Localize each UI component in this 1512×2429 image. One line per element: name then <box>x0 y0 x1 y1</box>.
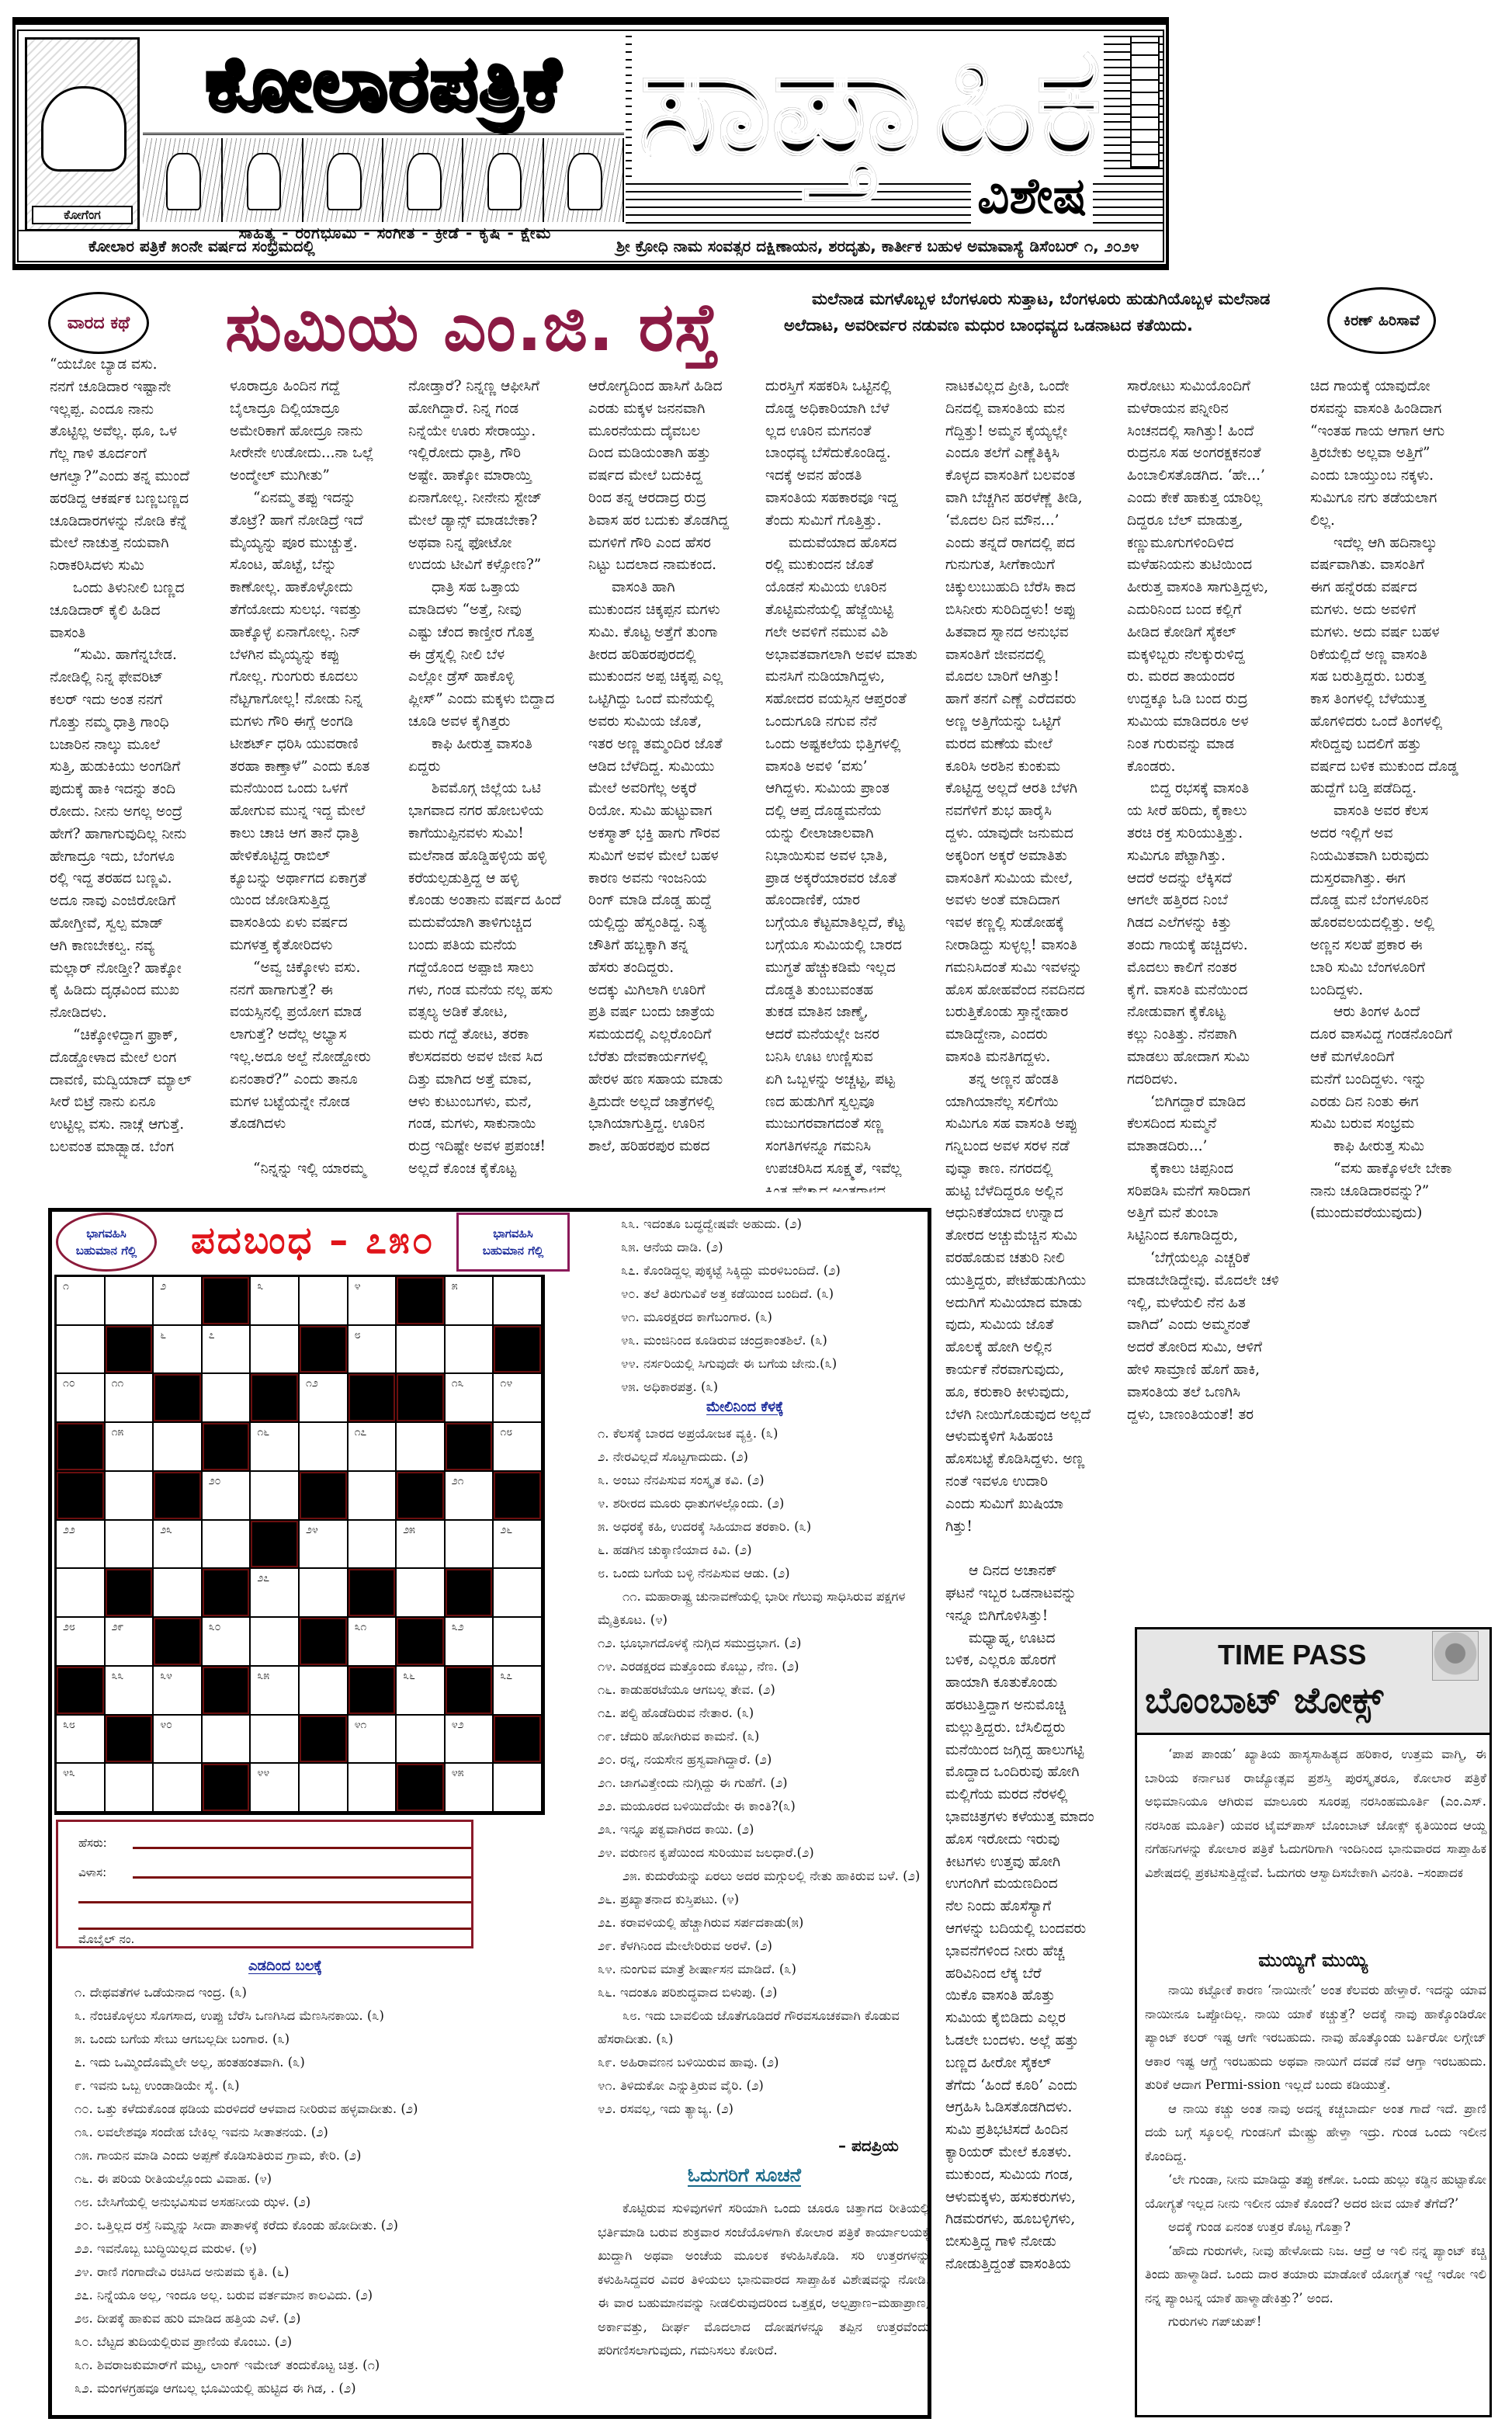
story-line: ಬೆಳಗಿ ನೀಯಿಗೊಡುವುದ ಅಲ್ಲದೆ <box>945 1404 1116 1427</box>
joke-paragraph: ‘ಲೇ ಗುಂಡಾ, ನೀನು ಮಾಡಿದ್ದು ತಪ್ಪು ಕಣೋ. ಒಂದು… <box>1145 2168 1486 2216</box>
grid-cell[interactable]: ೨೯ <box>106 1618 154 1667</box>
story-line: ಗುನುಗುತ, ಸೀಗೆಕಾಯಿಗೆ <box>945 554 1116 577</box>
grid-block <box>106 1716 154 1764</box>
football-icon <box>544 138 624 222</box>
grid-cell[interactable]: ೩೫ <box>251 1667 300 1716</box>
story-line: ಯುತ್ತಿದ್ದರು, ಪೇಟೆಹುಡುಗಿಯು <box>945 1270 1116 1293</box>
story-line: ಟೀಶರ್ಟ್ ಧರಿಸಿ ಯುವರಾಣಿ <box>230 734 399 756</box>
story-line: ಚೌತಿಗೆ ಹಬ್ಬಕ್ಕಾಗಿ ತನ್ನ <box>588 935 758 957</box>
down-clues: ೧. ಕೆಲಸಕ್ಕೆ ಬಾರದ ಅಪ್ರಯೋಜಕ ವ್ಯಕ್ತಿ. (೩)೨.… <box>598 1422 930 2121</box>
grid-block <box>203 1277 251 1326</box>
crossword-grid[interactable]: ೧೨೩೪೫೬೭೮೧೦೧೧೧೨೧೩೧೪೧೫೧೬೧೭೧೮೨೦೨೧೨೨೨೩೨೪೨೫೨೬… <box>54 1275 545 1815</box>
story-line: ದ್ದಳು, ಬಾಣಂತಿಯಂತೆ! ತರ <box>1127 1404 1302 1427</box>
badge-line-1: ಭಾಗವಹಿಸಿ <box>493 1225 533 1242</box>
story-line: ಗಮನಿಸಿದಂತೆ ಸುಮಿ ಇವಳನ್ನು <box>945 957 1116 980</box>
story-line: ಧಾತ್ರಿ ಸಹ ಒತ್ತಾಯ <box>408 577 577 599</box>
story-line: ಇಲ್ಲಿರೋದು ಧಾತ್ರಿ, ಗೌರಿ <box>408 442 577 465</box>
clue-number: ೧೨ <box>306 1377 318 1390</box>
story-line: ನೆಲ ನಿಂದು ಹೊಸೆಸ್ಯಾಗೆ <box>945 1896 1116 1918</box>
name-field[interactable]: ಹೆಸರು: <box>78 1836 107 1850</box>
grid-cell[interactable]: ೫ <box>446 1277 494 1326</box>
story-line: ಯಿಂದ ಜೋಡಿಸುತ್ತಿದ್ದ <box>230 890 399 912</box>
story-line: ಘಟನೆ ಇಬ್ಬರ ಒಡನಾಟವನ್ನು <box>945 1583 1116 1605</box>
grid-block <box>494 1716 543 1764</box>
story-line: ತಂದು ಗಾಯಕ್ಕೆ ಹಚ್ಚಿದಳು. <box>1127 935 1302 957</box>
story-line: ಕಾಸ ತಿಂಗಳಲ್ಲಿ ಬೆಳೆಯುತ್ತ <box>1310 689 1486 711</box>
grid-cell[interactable]: ೨೦ <box>203 1472 251 1521</box>
story-line: ಸಹೋದರ ವಯಸ್ಸಿನ ಆಪ್ತರಂತೆ <box>765 689 928 711</box>
address-field[interactable]: ವಿಳಾಸ: <box>78 1865 106 1879</box>
clue-number: ೬ <box>160 1329 166 1341</box>
grid-cell[interactable]: ೧೩ <box>446 1374 494 1423</box>
story-line: ಲ್ಲದ ಊರಿನ ಮಗನಂತೆ <box>765 421 928 443</box>
timepass-header: TIME PASS ಬೊಂಬಾಟ್ ಜೋಕ್ಸ್ <box>1137 1629 1489 1735</box>
story-line: ಹೊಸ ಹೋಹವೆಂದ ನವದಿನದ <box>945 980 1116 1002</box>
story-line: ಹಿಂಬಾಲಿಸತೊಡಗಿದ. ‘ಹೇ...’ <box>1127 465 1302 488</box>
clue-item: ೨೭. ಕರಾವಳಿಯಲ್ಲಿ ಹೆಚ್ಚಾಗಿರುವ ಸರ್ಪದಕಾಡು(೫) <box>598 1911 930 1935</box>
story-line: ಎರಡು ಮಕ್ಕಳ ಜನನವಾಗಿ <box>588 398 758 421</box>
badge-line-2: ಬಹುಮಾನ ಗೆಲ್ಲಿ <box>483 1242 544 1259</box>
grid-cell[interactable]: ೧೫ <box>106 1423 154 1472</box>
grid-cell[interactable] <box>203 1521 251 1570</box>
grid-cell[interactable] <box>251 1618 300 1667</box>
clue-number: ೩ <box>257 1280 263 1293</box>
clue-number: ೧೫ <box>112 1426 124 1438</box>
story-line: ತರಚಿ ರಕ್ತ ಸುರಿಯುತ್ತಿತ್ತು. <box>1127 823 1302 845</box>
grid-cell[interactable]: ೪೩ <box>57 1764 106 1813</box>
grid-cell[interactable]: ೨೨ <box>57 1521 106 1570</box>
grid-cell[interactable]: ೧೧ <box>106 1374 154 1423</box>
story-line: ಹೋಗ್ತೀವೆ, ಸ್ವಲ್ಪ ಮಾಡ್ <box>50 913 219 935</box>
grid-cell[interactable] <box>251 1472 300 1521</box>
address-line-2[interactable] <box>78 1901 471 1903</box>
story-line: ಹೇರಳ ಹಣ ಸಹಾಯ ಮಾಡು <box>588 1069 758 1091</box>
story-line: ಅವರು ಸುಮಿಯ ಜೊತೆ, <box>588 711 758 734</box>
theatre-masks-icon <box>223 138 303 222</box>
participate-badge-oval: ಭಾಗವಹಿಸಿ ಬಹುಮಾನ ಗೆಲ್ಲಿ <box>56 1213 157 1272</box>
story-line: ಸರಿಪಡಿಸಿ ಮನೆಗೆ ಸಾರಿದಾಗ <box>1127 1181 1302 1203</box>
story-line: ಮಗಳಿಗೆ ಗೌರಿ ಎಂದ ಹೆಸರ <box>588 533 758 555</box>
anniversary-text: ಕೋಲಾರ ಪತ್ರಿಕೆ ೫೦ನೇ ವರ್ಷದ ಸಂಭ್ರಮದಲ್ಲಿ <box>88 237 492 255</box>
story-line: ದ್ದಳು. ಯಾವುದೇ ಜನುಮದ <box>945 823 1116 845</box>
story-line: ಹೆಸರು ತಂದಿದ್ದರು. <box>588 957 758 980</box>
grid-cell[interactable] <box>154 1423 203 1472</box>
grid-block <box>349 1569 397 1618</box>
story-line: ಬರುತ್ತಿಕೊಂಡು ಸ್ತಾನ್ನೇಹಾರ <box>945 1001 1116 1024</box>
grid-block <box>494 1472 543 1521</box>
story-line: ಸೀರೆ ಬಿಟ್ರೆ ನಾನು ಏನೂ <box>50 1091 219 1114</box>
story-line: ಬಂದು ಪತಿಯ ಮನೆಯ <box>408 935 577 957</box>
story-line: ದೊಡ್ಡೋಳಾದ ಮೇಲೆ ಲಂಗ <box>50 1047 219 1070</box>
story-line: ಹೇಳಿಕೊಟ್ಟಿದ್ದ ರಾಬಿಲ್ <box>230 845 399 868</box>
clue-item: ೪೦. ತಲೆ ತಿರುಗುವಿಕೆ ಅತ್ತ ಕಡೆಯಿಂದ ಬಂದಿದೆ. … <box>621 1282 924 1306</box>
address-line-3[interactable] <box>78 1928 471 1930</box>
story-line: ತೊಡಗಿದಳು <box>230 1113 399 1136</box>
supplement-title-block: ಸಾಪ್ತಾಹಿಕ ವಿಶೇಷ <box>626 33 1163 230</box>
story-line: ಗೊತ್ತು ನಮ್ಮ ಧಾತ್ರಿ ಗಾಂಧಿ <box>50 712 219 734</box>
supplement-subtitle: ವಿಶೇಷ <box>971 167 1093 225</box>
grid-cell[interactable]: ೨೬ <box>494 1521 543 1570</box>
grid-cell[interactable] <box>251 1326 300 1375</box>
clue-item: ೨೪. ರಾಣಿ ಗಂಗಾದೇವಿ ರಚಿಸಿದ ಅನುಪಮ ಕೃತಿ. (೬) <box>75 2261 540 2284</box>
story-line: ಮಳೆಹನಿಯನು ತುಟಿಯಿಂದ <box>1127 554 1302 577</box>
story-line: ನಿಯಮಿತವಾಗಿ ಬರುವುದು <box>1310 845 1486 868</box>
clue-item: ೪೧. ಮೂರಕ್ಷರದ ಕಾಗೆಬಂಗಾರ. (೩) <box>621 1306 924 1329</box>
story-line: ಯಾಗಿಯಾನೆಲ್ಲ ಸಲಿಗೆಯಿ <box>945 1091 1116 1114</box>
grid-cell[interactable]: ೪ <box>349 1277 397 1326</box>
story-line: ಕೊಟ್ಟಿದ್ದ ಅಲ್ಲದೆ ಆರತಿ ಬೆಳಗಿ <box>945 778 1116 800</box>
story-line: ಅದೂ ನಾವು ಎಂಜಿರೋಡಿಗೆ <box>50 890 219 913</box>
story-line: ರಿಯೋ. ಸುಮಿ ಹುಟ್ಟುವಾಗ <box>588 800 758 823</box>
story-line: ಲಿಲ್ಲ. <box>1310 510 1486 533</box>
story-line: ಕಣ್ಣುಮೂಗುಗಳಿಂದಿಳಿದ <box>1127 533 1302 555</box>
story-line: (ಮುಂದುವರೆಯುವುದು) <box>1310 1202 1486 1225</box>
story-line: ತೆಗೆದು ‘ಹಿಂದೆ ಕೂರಿ’ ಎಂದು <box>945 2075 1116 2098</box>
grid-cell[interactable] <box>494 1569 543 1618</box>
timepass-title: ಬೊಂಬಾಟ್ ಜೋಕ್ಸ್ <box>1145 1679 1383 1723</box>
story-line: ಮೇಲೆ ಅವರಿಗೆಲ್ಲ ಅಕ್ಕರೆ <box>588 778 758 800</box>
story-line: ಸಿಂಚನದಲ್ಲಿ ಸಾಗಿತ್ತು! ಹಿಂದೆ <box>1127 421 1302 443</box>
clue-number: ೩೦ <box>209 1621 221 1633</box>
grid-cell[interactable] <box>349 1472 397 1521</box>
story-line: ನೋಡುವಾಗ ಕೈಕೊಟ್ಟ <box>1127 1001 1302 1024</box>
story-line: ನಂತೆ ಇವಳೂ ಉದಾರಿ <box>945 1471 1116 1494</box>
story-line: ಶಿವಾಸ ಹರ ಬದುಕು ತೊಡಗಿದ್ದ <box>588 510 758 533</box>
clue-item: ೧೭. ಪಲ್ಟಿ ಹೊಡೆದಿರುವ ನೇತಾರ. (೩) <box>598 1702 930 1725</box>
masthead: ಕೋಗೆಂಗ ಕೋಲಾರಪತ್ರಿಕೆ ಸಾಹಿತ್ಯ - ರಂಗಭೂಮಿ - … <box>17 29 1164 231</box>
story-line: ಒಂದುಗೂಡಿ ನಗುವ ನೆನೆ <box>765 711 928 734</box>
story-line: ಭಾಗಿಯಾಗುತ್ತಿದ್ದ. ಊರಿನ <box>588 1113 758 1136</box>
clue-item: ೬. ಹಡಗಿನ ಚುಕ್ಕಾಣಿಯಾದ ಕಿವಿ. (೨) <box>598 1539 930 1562</box>
grid-cell[interactable] <box>446 1326 494 1375</box>
clue-number: ೩೧ <box>355 1621 367 1633</box>
grid-cell[interactable]: ೧೪ <box>494 1374 543 1423</box>
grid-cell[interactable] <box>57 1569 106 1618</box>
grid-cell[interactable] <box>494 1277 543 1326</box>
story-line: ಪ್ರಾಡ ಅಕ್ಕರೆಯಾರವರ ಜೊತೆ <box>765 868 928 890</box>
grid-cell[interactable]: ೪೪ <box>251 1764 300 1813</box>
clue-item: ೯. ಇವನು ಒಬ್ಬ ಉಂಡಾಡಿಯೇ ಸೈ. (೩) <box>75 2074 540 2098</box>
clue-item: ೩೦. ಬೆಟ್ಟದ ತುದಿಯಲ್ಲಿರುವ ಪ್ರಾಣಿಯ ಕೊಂಬು. (… <box>75 2330 540 2354</box>
newspaper-logo: ಕೋಗೆಂಗ <box>25 37 140 231</box>
story-line: ಸುಮಿಗೆ ಅವಳ ಮೇಲೆ ಬಹಳ <box>588 845 758 868</box>
story-line: ಕ್ಯೂಬನ್ನು ಅರ್ಥಾಗದ ಏಕಾಗ್ರತೆ <box>230 868 399 890</box>
story-line: ಮಾತಾಡದಿರು...’ <box>1127 1136 1302 1158</box>
clue-item: ೩೬. ಇದಂತೂ ಪರಿಶುದ್ಧವಾದ ಬಿಳುಪು. (೨) <box>598 1981 930 2004</box>
story-line: ಇಲ್ಲ.ಅದೂ ಅಲ್ದೆ ನೋಡ್ದೋರು <box>230 1046 399 1069</box>
participate-badge-box: ಭಾಗವಹಿಸಿ ಬಹುಮಾನ ಗೆಲ್ಲಿ <box>456 1213 570 1272</box>
grid-cell[interactable] <box>300 1277 349 1326</box>
story-line: ಅಮೇರಿಕಾಗೆ ಹೋದ್ರೂ ನಾನು <box>230 421 399 443</box>
story-line: ನೀರಾಡಿದ್ದು ಸುಳ್ಳಲ್ಲ! ವಾಸಂತಿ <box>945 935 1116 957</box>
story-line <box>230 1136 399 1158</box>
story-line: ತೊಟ್ಟಿಮನೆಯಲ್ಲಿ ಹೆಜ್ಜೆಯಿಟ್ಟಿ <box>765 599 928 622</box>
paper-title: ಕೋಲಾರಪತ್ರಿಕೆ <box>143 36 624 135</box>
story-line: ಬಿದ್ದ ರಭಸಕ್ಕೆ ವಾಸಂತಿ <box>1127 778 1302 800</box>
story-line: ನಿಂತ ಗುರುವನ್ನು ಮಾಡ <box>1127 734 1302 756</box>
story-line: ಇಲ್ಲಪ್ಪ. ಎಂದೂ ನಾನು <box>50 399 219 422</box>
clue-item: ೧೪. ಎರಡಕ್ಷರದ ಮತ್ತೊಂದು ಕೊಬ್ಬು, ನೆಣ. (೨) <box>598 1655 930 1678</box>
story-line: ಹಾಕ್ಕೊಳ್ಳೆ ಏನಾಗೋಲ್ಲ. ನಿನ್ <box>230 622 399 644</box>
grid-cell[interactable] <box>106 1277 154 1326</box>
story-line: ಎದುರಿನಿಂದ ಬಂದ ಕಲ್ಲಿಗೆ <box>1127 599 1302 622</box>
clue-item: ೧೮. ಬೇಸಿಗೆಯಲ್ಲಿ ಅನುಭವಿಸುವ ಅಸಹನೀಯ ಝಳ. (೨) <box>75 2191 540 2214</box>
clue-item: ೧೩. ಲವಲೇಶವೂ ಸಂದೇಹ ಬೇಕಿಲ್ಲ ಇವನು ಸೀತಾತನಯ. … <box>75 2121 540 2144</box>
name-line[interactable] <box>133 1847 471 1849</box>
grid-cell[interactable]: ೩೬ <box>397 1667 446 1716</box>
grid-block <box>446 1569 494 1618</box>
story-line: ಬಂದಿದ್ದಳು. <box>1310 980 1486 1002</box>
grid-cell[interactable]: ೩೮ <box>57 1716 106 1764</box>
story-line: ವಾಸಂತಿಯ ಏಳು ವರ್ಷದ <box>230 912 399 935</box>
story-line: ವರ್ಷವಾಗಿತು. ವಾಸಂತಿಗೆ <box>1310 554 1486 577</box>
story-line: “ಇಂತಹ ಗಾಯ ಆಗಾಗ ಆಗು <box>1310 421 1486 443</box>
grid-cell[interactable]: ೧೨ <box>300 1374 349 1423</box>
story-line: ಉಗಂಗಿಗೆ ಮಯಣದಿಂದ <box>945 1873 1116 1896</box>
story-line: ಮುಕುಂದನ ಅಪ್ಪ ಚಿಕ್ಕಪ್ಪ ಎಲ್ಲ <box>588 666 758 689</box>
story-line: ಗಿಡಮರಗಳು, ಹೂಬಳ್ಳಿಗಳು, <box>945 2209 1116 2231</box>
clue-number: ೨೩ <box>160 1524 172 1536</box>
story-line: ವಾಸಂತಿಗೆ ಜೀವನದಲ್ಲಿ <box>945 644 1116 667</box>
clue-item: ೧೦. ಒತ್ತು ಕಳೆದುಕೊಂಡ ಥಡಿಯ ಮರಳಿದರೆ ಆಳವಾದ ನ… <box>75 2098 540 2121</box>
story-line: ಅದರೆ ತೋರಿದ ಸುಮಿ, ಆಳಿಗೆ <box>1127 1337 1302 1359</box>
grid-cell[interactable] <box>300 1423 349 1472</box>
grid-cell[interactable] <box>106 1472 154 1521</box>
story-line: ಹೀರುತ್ತ ವಾಸಂತಿ ಸಾಗುತ್ತಿದ್ದಳು, <box>1127 577 1302 599</box>
grid-cell[interactable]: ೬ <box>154 1326 203 1375</box>
grid-cell[interactable] <box>57 1326 106 1375</box>
grid-cell[interactable] <box>349 1521 397 1570</box>
grid-cell[interactable]: ೨೭ <box>251 1569 300 1618</box>
grid-cell[interactable] <box>494 1764 543 1813</box>
story-line: ಆ ದಿನದ ಅಚಾನಕ್ <box>945 1560 1116 1583</box>
story-line: ಅಣ್ಣನ ಸಲಹೆ ಪ್ರಕಾರ ಈ <box>1310 935 1486 957</box>
grid-cell[interactable] <box>300 1667 349 1716</box>
grid-cell[interactable] <box>106 1521 154 1570</box>
mobile-field[interactable]: ಮೊಬೈಲ್ ನಂ. <box>78 1932 134 1946</box>
story-line: ಬಲವಂತ ಮಾಡ್ಬ್ಯಾಡ. ಬೆಂಗ <box>50 1136 219 1159</box>
clue-item: ೨೩. ಇನ್ನೂ ಪಕ್ವವಾಗಿರದ ಕಾಯಿ. (೨) <box>598 1818 930 1841</box>
grid-cell[interactable] <box>203 1374 251 1423</box>
story-column-4: ಆರೋಗ್ಯದಿಂದ ಹಾಸಿಗೆ ಹಿಡಿದಎರಡು ಮಕ್ಕಳ ಜನನವಾಗ… <box>588 376 758 1192</box>
grid-cell[interactable]: ೩೦ <box>203 1618 251 1667</box>
crossword-title: ಪದಬಂಧ – ೭೫೦ <box>191 1219 435 1263</box>
story-line: ಕಾರ್ಯಕೆ ನೆರವಾಗುವುದು, <box>945 1359 1116 1382</box>
story-line: ಬೆಳಗಿನ ಮೈಯ್ಯನ್ನು ಕಪ್ಪು <box>230 644 399 667</box>
address-line-1[interactable] <box>133 1876 471 1879</box>
clue-item: ೪೪. ನರ್ಸರಿಯಲ್ಲಿ ಸಿಗುವುದೇ ಈ ಬಗೆಯ ಜೇನು.(೩) <box>621 1352 924 1376</box>
grid-cell[interactable]: ೮ <box>349 1326 397 1375</box>
clue-number: ೫ <box>452 1280 458 1293</box>
grid-block <box>494 1326 543 1375</box>
grid-cell[interactable]: ೧೮ <box>494 1423 543 1472</box>
grid-cell[interactable]: ೩೪ <box>154 1667 203 1716</box>
dateline: ಕೋಲಾರ ಪತ್ರಿಕೆ ೫೦ನೇ ವರ್ಷದ ಸಂಭ್ರಮದಲ್ಲಿ ಶ್ರ… <box>17 231 1164 262</box>
grid-cell[interactable]: ೪೨ <box>446 1716 494 1764</box>
grid-cell[interactable]: ೧೦ <box>57 1374 106 1423</box>
story-line: ಗೆಲ್ಲ ಗಾಳಿ ತೂರ್ದಂಗೆ <box>50 443 219 466</box>
grid-cell[interactable]: ೨ <box>154 1277 203 1326</box>
story-line: ಇವಳ ಕಣ್ಣಲ್ಲಿ ಸುಡೋಹಕ್ಕೆ <box>945 912 1116 935</box>
grid-cell[interactable]: ೩೧ <box>349 1618 397 1667</box>
grid-cell[interactable] <box>494 1618 543 1667</box>
clue-item: ೪೨. ರಸವಲ್ಲ, ಇದು ತ್ಯಾಜ್ಯ. (೨) <box>598 2098 930 2121</box>
story-line: ವಾಸಂತಿಯ ಸಹಕಾರವೂ ಇದ್ದ <box>765 488 928 510</box>
grid-cell[interactable] <box>397 1326 446 1375</box>
story-line: ಗದರಿದಳು. <box>1127 1069 1302 1091</box>
badge-line-2: ಬಹುಮಾನ ಗೆಲ್ಲಿ <box>76 1242 137 1259</box>
grid-cell[interactable]: ೩ <box>251 1277 300 1326</box>
story-line: ಗಿಡದ ಎಲೆಗಳನ್ನು ಕಿತ್ತು <box>1127 912 1302 935</box>
joke-title: ಮುಯ್ಯಿಗೆ ಮುಯ್ಯಿ <box>1137 1949 1489 1971</box>
story-line: ಹೊಲಕ್ಕೆ ಹೋಗಿ ಅಲ್ಲಿನ <box>945 1337 1116 1359</box>
grid-cell[interactable]: ೪೧ <box>349 1716 397 1764</box>
story-line: ಶಾಲೆ, ಹರಿಹರಪುರ ಮಠದ <box>588 1136 758 1158</box>
story-line: ಈ ಡ್ರೆಸ್ನಲ್ಲಿ ನೀಲಿ ಬೆಳ <box>408 644 577 667</box>
story-line: ಹರಟುತ್ತಿದ್ದಾಗ ಅನುಮೊಚ್ಚಿ <box>945 1695 1116 1717</box>
story-line: ಣದ ಹುಡುಗಿಗೆ ಸ್ವಲ್ಪವೂ <box>765 1091 928 1114</box>
story-line: ಮೊದಲ ಬಾರಿಗೆ ಆಗಿತ್ತು! <box>945 666 1116 689</box>
story-line: ಚೂಡಿದಾರಗಳನ್ನು ನೋಡಿ ಕೆನ್ನೆ <box>50 511 219 533</box>
story-line: ಎಂದು ಬಾಯ್ತುಂಬ ನಕ್ಕಳು. <box>1310 465 1486 488</box>
grid-block <box>57 1423 106 1472</box>
grid-cell[interactable] <box>349 1764 397 1813</box>
notice-text: ಕೊಟ್ಟಿರುವ ಸುಳಿವುಗಳಿಗೆ ಸರಿಯಾಗಿ ಒಂದು ಚೂರೂ … <box>598 2197 930 2363</box>
grid-cell[interactable] <box>397 1716 446 1764</box>
grid-cell[interactable] <box>300 1764 349 1813</box>
story-line: ಆಡಿದ ಬೆಳೆದಿದ್ದ. ಸುಮಿಯು <box>588 756 758 779</box>
grid-cell[interactable]: ೧೭ <box>349 1423 397 1472</box>
story-line: ರುದ್ರನೂ ಸಹ ಅಂಗರಕ್ಷಕನಂತೆ <box>1127 442 1302 465</box>
story-line: ಅದಕ್ಕು ಮಿಗಿಲಾಗಿ ಊರಿಗೆ <box>588 980 758 1002</box>
story-line: ಆಳು ಕುಟುಂಬಗಳು, ಮನೆ, <box>408 1091 577 1114</box>
grid-cell[interactable]: ೭ <box>203 1326 251 1375</box>
clue-number: ೮ <box>355 1329 361 1341</box>
grid-cell[interactable]: ೨೩ <box>154 1521 203 1570</box>
grid-block <box>446 1667 494 1716</box>
story-line: ಪ್ರತಿ ವರ್ಷ ಬಂದು ಜಾತ್ರೆಯ <box>588 1001 758 1024</box>
grid-cell[interactable]: ೪೫ <box>446 1764 494 1813</box>
story-line: ಹೊಗಳಿದರು ಒಂದೆ ತಿಂಗಳಲ್ಲಿ <box>1310 711 1486 734</box>
story-author: ಕಿರಣ್ ಹಿರಿಸಾವೆ <box>1327 287 1436 354</box>
story-line: “ವಸು ಹಾಕ್ಕೊಳಲೇ ಬೇಕಾ <box>1310 1158 1486 1181</box>
story-kicker: ವಾರದ ಕಥೆ <box>48 292 149 354</box>
story-column-1: “ಯಬೋ ಬ್ಯಾಡ ವಸು.ನನಗೆ ಚೂಡಿದಾರ ಇಷ್ಟಾನೇಇಲ್ಲಪ… <box>50 354 219 1192</box>
grid-cell[interactable] <box>300 1569 349 1618</box>
clue-item: ೧೯. ಚೆದುರಿ ಹೋಗಿರುವ ಕಾಮನೆ. (೩) <box>598 1725 930 1748</box>
story-line: ಆಗಲ್ವಾ?”ಎಂದು ತನ್ನ ಮುಂದೆ <box>50 466 219 488</box>
story-line: ಒಟ್ಟಿಗಿದ್ದು ಒಂದೆ ಮನೆಯಲ್ಲಿ <box>588 689 758 711</box>
clue-item: ೨೯. ಕೆಳಗಿನಿಂದ ಮೇಲೇರಿರುವ ಅರಳೆ. (೨) <box>598 1935 930 1958</box>
story-line: ಸಾರೋಟು ಸುಮಿಯೊಂದಿಗೆ <box>1127 376 1302 398</box>
story-line: ಮುಕುಂದ, ಸುಮಿಯ ಗಂಡ, <box>945 2164 1116 2187</box>
grid-cell[interactable]: ೧ <box>57 1277 106 1326</box>
story-line: ಹೇಗೆ? ಹಾಗಾಗುವುದಿಲ್ಲ ನೀನು <box>50 824 219 846</box>
clue-number: ೩೬ <box>403 1670 415 1682</box>
story-headline: ಸುಮಿಯ ಎಂ.ಜಿ. ರಸ್ತೆ <box>225 289 720 366</box>
clue-item: ೨. ನೇರವಿಲ್ಲದೆ ಸೊಟ್ಟಗಾದುದು. (೨) <box>598 1445 930 1469</box>
story-line: ಬಗ್ಗೆಯೂ ಕೆಟ್ಟಮಾತಿಲ್ಲದೆ, ಕೆಟ್ಟ <box>765 912 928 935</box>
grid-cell[interactable]: ೧೬ <box>251 1423 300 1472</box>
clue-number: ೪೫ <box>452 1767 464 1779</box>
story-line: ಮಕ್ಕಳಿಬ್ಬರು ನೆಲಕ್ಕುರುಳಿದ್ದ <box>1127 644 1302 667</box>
story-line: ನಿಟ್ಟು ಬದಲಾದ ನಾಮಕಂದ. <box>588 554 758 577</box>
joke-paragraph: ಆ ನಾಯಿ ಕಚ್ಚು ಅಂತ ನಾವು ಅದನ್ನ ಕಚ್ಚಬಾರ್ದು ಅ… <box>1145 2098 1486 2169</box>
story-line: ಕೊಳ್ಳದ ವಾಸಂತಿಗೆ ಬಲವಂತ <box>945 465 1116 488</box>
story-line: ತ್ತಿರಬೇಕು ಅಲ್ಲವಾ ಅತ್ತಿಗೆ” <box>1310 442 1486 465</box>
story-line: ಬೈಲಾದ್ರೂ ದಿಲ್ಲಿಯಾದ್ರೂ <box>230 398 399 421</box>
story-line: ಗೋಲ್ಲ. ಗುಂಗುರು ಕೂದಲು <box>230 666 399 689</box>
grid-cell[interactable]: ೨೮ <box>57 1618 106 1667</box>
story-line: ರೋದು. ನೀನು ಅಗಲ್ಲ ಅಂದ್ರೆ <box>50 801 219 824</box>
grid-block <box>106 1569 154 1618</box>
supplement-title: ಸಾಪ್ತಾಹಿಕ <box>632 33 1104 182</box>
story-line: ಅಥವಾ ನಿನ್ನ ಫೋಟೋ <box>408 533 577 555</box>
name-label: ಹೆಸರು: <box>78 1836 107 1850</box>
story-line: ಕೀಟಗಳು ಉತ್ತವು ಹೋಗಿ <box>945 1851 1116 1874</box>
grid-block <box>300 1618 349 1667</box>
grid-cell[interactable] <box>251 1716 300 1764</box>
story-line: ಕ್ಕಿಂತ ಹೆಚ್ಚಾದ ಅಂತರಾಳದ <box>765 1181 928 1192</box>
story-line: ಸುಮಿಯ ಕೈಬಿಡಿದು ಎಲ್ಲರ <box>945 2007 1116 2030</box>
grid-cell[interactable] <box>154 1569 203 1618</box>
story-line: ನಾನು ಚೂಡಿದಾರವನ್ನು?” <box>1310 1181 1486 1203</box>
grid-cell[interactable]: ೨೪ <box>300 1521 349 1570</box>
story-line: ಮೂರನೆಯದು ದೈವಬಲ <box>588 421 758 443</box>
story-line: ಸೀರೇನೇ ಉಡೋದು...ನಾ ಒಲ್ಲೆ <box>230 442 399 465</box>
clue-number: ೪೨ <box>452 1719 464 1731</box>
grid-cell[interactable] <box>203 1716 251 1764</box>
grid-cell[interactable]: ೩೩ <box>106 1667 154 1716</box>
story-line: ರಿಂದ ತನ್ನ ಆರದಾದ್ರ ರುದ್ರ <box>588 488 758 510</box>
grid-cell[interactable]: ೩೭ <box>494 1667 543 1716</box>
story-line: ಆದರೆ ಮನೆಯಲ್ಲೇ ಜನರ <box>765 1024 928 1046</box>
grid-cell[interactable] <box>397 1569 446 1618</box>
grid-cell[interactable] <box>154 1764 203 1813</box>
clue-number: ೪೦ <box>160 1719 172 1731</box>
story-line: ನಿರಾಕರಿಸಿದಳು ಸುಮಿ <box>50 555 219 578</box>
story-line: ತುಕಡ ಮಾತಿನ ಜಾಣ್ಮೆ, <box>765 1001 928 1024</box>
clue-item: ೪೫. ಅಧಿಕಾರಪತ್ರ. (೩) <box>621 1376 924 1399</box>
clue-item: ೭. ಇದು ಒಮ್ಮಿಂದೊಮ್ಮೆಲೇ ಅಲ್ಲ, ಹಂತಹಂತವಾಗಿ. … <box>75 2051 540 2074</box>
story-line: ದಿದ್ದರೂ ಬೆಲ್ ಮಾಡುತ್ತ, <box>1127 510 1302 533</box>
grid-cell[interactable] <box>106 1764 154 1813</box>
clue-item: ೧. ಕೆಲಸಕ್ಕೆ ಬಾರದ ಅಪ್ರಯೋಜಕ ವ್ಯಕ್ತಿ. (೩) <box>598 1422 930 1445</box>
story-line: ಕೊಂಡರು. <box>1127 756 1302 779</box>
story-line: ಮಾಡಲು ಹೋದಾಗ ಸುಮಿ <box>1127 1046 1302 1069</box>
story-line: ಗಳು, ಗಂಡ ಮನೆಯ ನಲ್ಲ ಹಸು <box>408 980 577 1002</box>
story-line: ಆದರೆ ಅದನ್ನು ಲೆಕ್ಕಿಸದೆ <box>1127 868 1302 890</box>
story-line: ಹಾಗೆ ತನಗೆ ಎಣ್ಣೆ ಎರೆದವರು <box>945 689 1116 711</box>
story-line: ಸುಮಿ ಪ್ರತಿಭಟಿಸದೆ ಹಿಂದಿನ <box>945 2119 1116 2142</box>
clue-item: ೫. ಒಂದು ಬಗೆಯ ಸೇಬು ಆಗಬಲ್ಲದೀ ಬಂಗಾರ. (೩) <box>75 2028 540 2051</box>
grid-block <box>397 1374 446 1423</box>
clue-item: ೨೧. ಜಾಗವಿತ್ತೇಂದು ನುಗ್ಗಿದ್ದು ಈ ಗುಹೆಗೆ. (೨… <box>598 1771 930 1795</box>
grid-cell[interactable]: ೪೦ <box>154 1716 203 1764</box>
grid-cell[interactable]: ೩೨ <box>446 1618 494 1667</box>
grid-cell[interactable] <box>446 1521 494 1570</box>
clue-number: ೨೮ <box>63 1621 75 1633</box>
grid-cell[interactable]: ೨೫ <box>397 1521 446 1570</box>
story-line: ಮಗಳು. ಅದು ವರ್ಷ ಬಹಳ <box>1310 622 1486 644</box>
story-line: ಮೇಲೆ ಡ್ಯಾನ್ಸ್ ಮಾಡಬೇಕಾ? <box>408 510 577 533</box>
story-line: ಮನೆಯಿಂದ ಒಂದು ಒಳಗೆ <box>230 778 399 800</box>
grid-cell[interactable]: ೨೧ <box>446 1472 494 1521</box>
story-line: ಅಕಸ್ಮಾತ್ ಭಕ್ತಿ ಹಾಗು ಗೌರವ <box>588 823 758 845</box>
story-line: ಬಜಾರಿನ ನಾಲ್ಕು ಮೂಲೆ <box>50 734 219 757</box>
grid-cell[interactable] <box>397 1423 446 1472</box>
story-line: ಮದುವೆಯಾದ ಹೊಸದ <box>765 533 928 555</box>
